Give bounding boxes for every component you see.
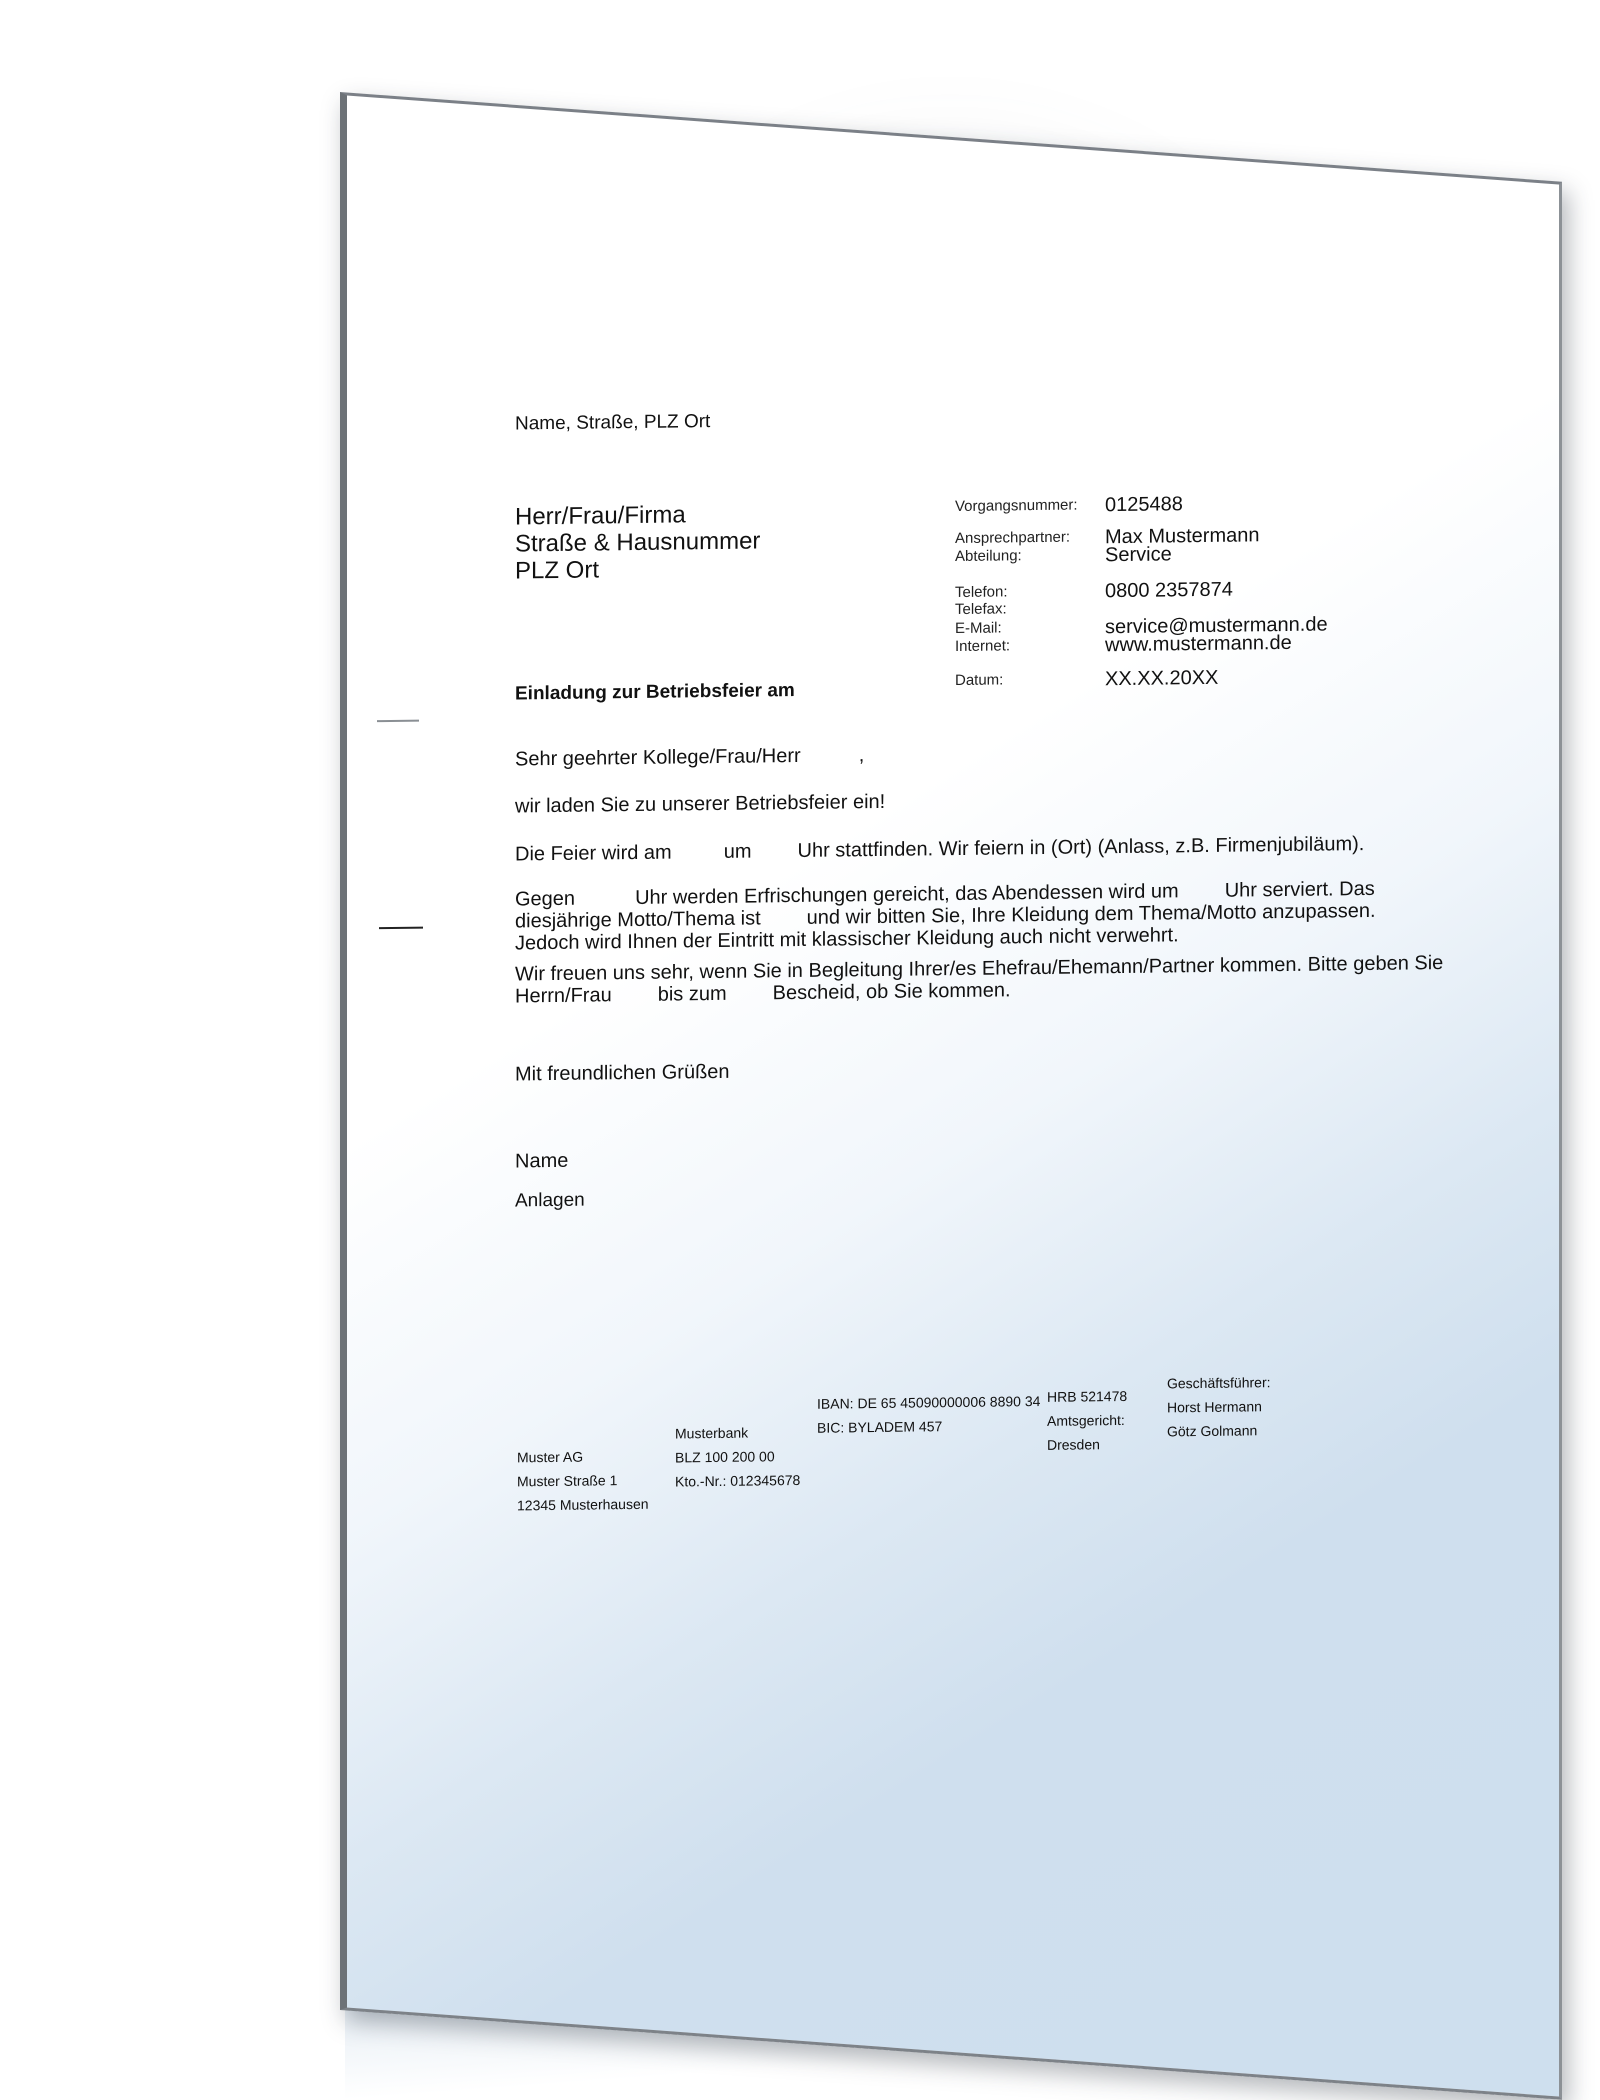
footer-line: Götz Golmann — [1167, 1418, 1271, 1443]
fold-mark-top — [377, 720, 419, 723]
info-label: E-Mail: — [955, 619, 1002, 637]
info-value: 0800 2357874 — [1105, 579, 1233, 604]
info-label: Telefon: — [955, 583, 1008, 601]
recipient-street: Straße & Hausnummer — [515, 527, 760, 557]
paragraph-rsvp: Wir freuen uns sehr, wenn Sie in Begleit… — [515, 952, 1443, 1007]
footer-line: IBAN: DE 65 45090000006 8890 34 — [817, 1389, 1040, 1416]
footer-line: Geschäftsführer: — [1167, 1370, 1271, 1395]
text-segment: Herrn/Frau — [515, 984, 612, 1007]
fold-mark-middle — [379, 927, 423, 930]
info-label: Telefax: — [955, 600, 1007, 618]
footer-line: BIC: BYLADEM 457 — [817, 1413, 1040, 1440]
info-label: Ansprechpartner: — [955, 529, 1070, 547]
footer-line: 12345 Musterhausen — [517, 1492, 649, 1518]
text-segment: Bescheid, ob Sie kommen. — [773, 979, 1011, 1004]
text-segment: um — [724, 841, 752, 863]
closing-phrase: Mit freundlichen Grüßen — [515, 1061, 730, 1087]
footer-line: Kto.-Nr.: 012345678 — [675, 1468, 800, 1494]
salutation-comma: , — [859, 744, 865, 766]
footer-company: Muster AG Muster Straße 1 12345 Musterha… — [517, 1444, 649, 1518]
info-value: www.mustermann.de — [1105, 632, 1292, 657]
paragraph-date-time: Die Feier wird amumUhr stattfinden. Wir … — [515, 833, 1364, 865]
info-label: Internet: — [955, 637, 1010, 655]
info-label: Datum: — [955, 671, 1003, 689]
footer-line: Muster Straße 1 — [517, 1468, 649, 1494]
salutation: Sehr geehrter Kollege/Frau/Herr, — [515, 744, 864, 770]
paragraph-program: GegenUhr werden Erfrischungen gereicht, … — [515, 878, 1376, 955]
sender-line: Name, Straße, PLZ Ort — [515, 411, 710, 435]
recipient-address: Herr/Frau/Firma Straße & Hausnummer PLZ … — [515, 500, 760, 584]
footer-line: Amtsgericht: — [1047, 1408, 1127, 1433]
letter-subject: Einladung zur Betriebsfeier am — [515, 680, 795, 705]
info-value: Service — [1105, 543, 1172, 567]
text-segment: Uhr stattfinden. Wir feiern in (Ort) (An… — [798, 833, 1365, 862]
recipient-name: Herr/Frau/Firma — [515, 500, 760, 530]
info-label: Vorgangsnummer: — [955, 497, 1078, 516]
footer-iban: IBAN: DE 65 45090000006 8890 34 BIC: BYL… — [817, 1389, 1040, 1440]
footer-line: Horst Hermann — [1167, 1394, 1271, 1419]
info-label: Abteilung: — [955, 547, 1022, 565]
paragraph-invitation: wir laden Sie zu unserer Betriebsfeier e… — [515, 791, 885, 818]
footer-line: Musterbank — [675, 1420, 800, 1446]
footer-line: Muster AG — [517, 1444, 649, 1470]
footer-line: Dresden — [1047, 1432, 1127, 1457]
document-stage: Name, Straße, PLZ Ort Herr/Frau/Firma St… — [0, 0, 1600, 2100]
text-segment: Uhr serviert. Das — [1225, 878, 1375, 902]
attachments-label: Anlagen — [515, 1190, 585, 1213]
footer-line: BLZ 100 200 00 — [675, 1444, 800, 1470]
recipient-city: PLZ Ort — [515, 554, 760, 584]
footer-line: HRB 521478 — [1047, 1384, 1127, 1409]
signature-name: Name — [515, 1150, 568, 1174]
info-value: 0125488 — [1105, 493, 1183, 517]
text-segment: Gegen — [515, 888, 575, 911]
letter-sheet: Name, Straße, PLZ Ort Herr/Frau/Firma St… — [340, 92, 1562, 2100]
footer-management: Geschäftsführer: Horst Hermann Götz Golm… — [1167, 1370, 1271, 1443]
text-segment: Die Feier wird am — [515, 842, 672, 866]
footer-register: HRB 521478 Amtsgericht: Dresden — [1047, 1384, 1127, 1457]
salutation-text: Sehr geehrter Kollege/Frau/Herr — [515, 745, 801, 771]
text-segment: bis zum — [658, 983, 727, 1006]
text-segment: diesjährige Motto/Thema ist — [515, 907, 761, 932]
footer-bank: Musterbank BLZ 100 200 00 Kto.-Nr.: 0123… — [675, 1420, 800, 1494]
letter-content: Name, Straße, PLZ Ort Herr/Frau/Firma St… — [347, 171, 1559, 2098]
info-value: XX.XX.20XX — [1105, 667, 1218, 691]
